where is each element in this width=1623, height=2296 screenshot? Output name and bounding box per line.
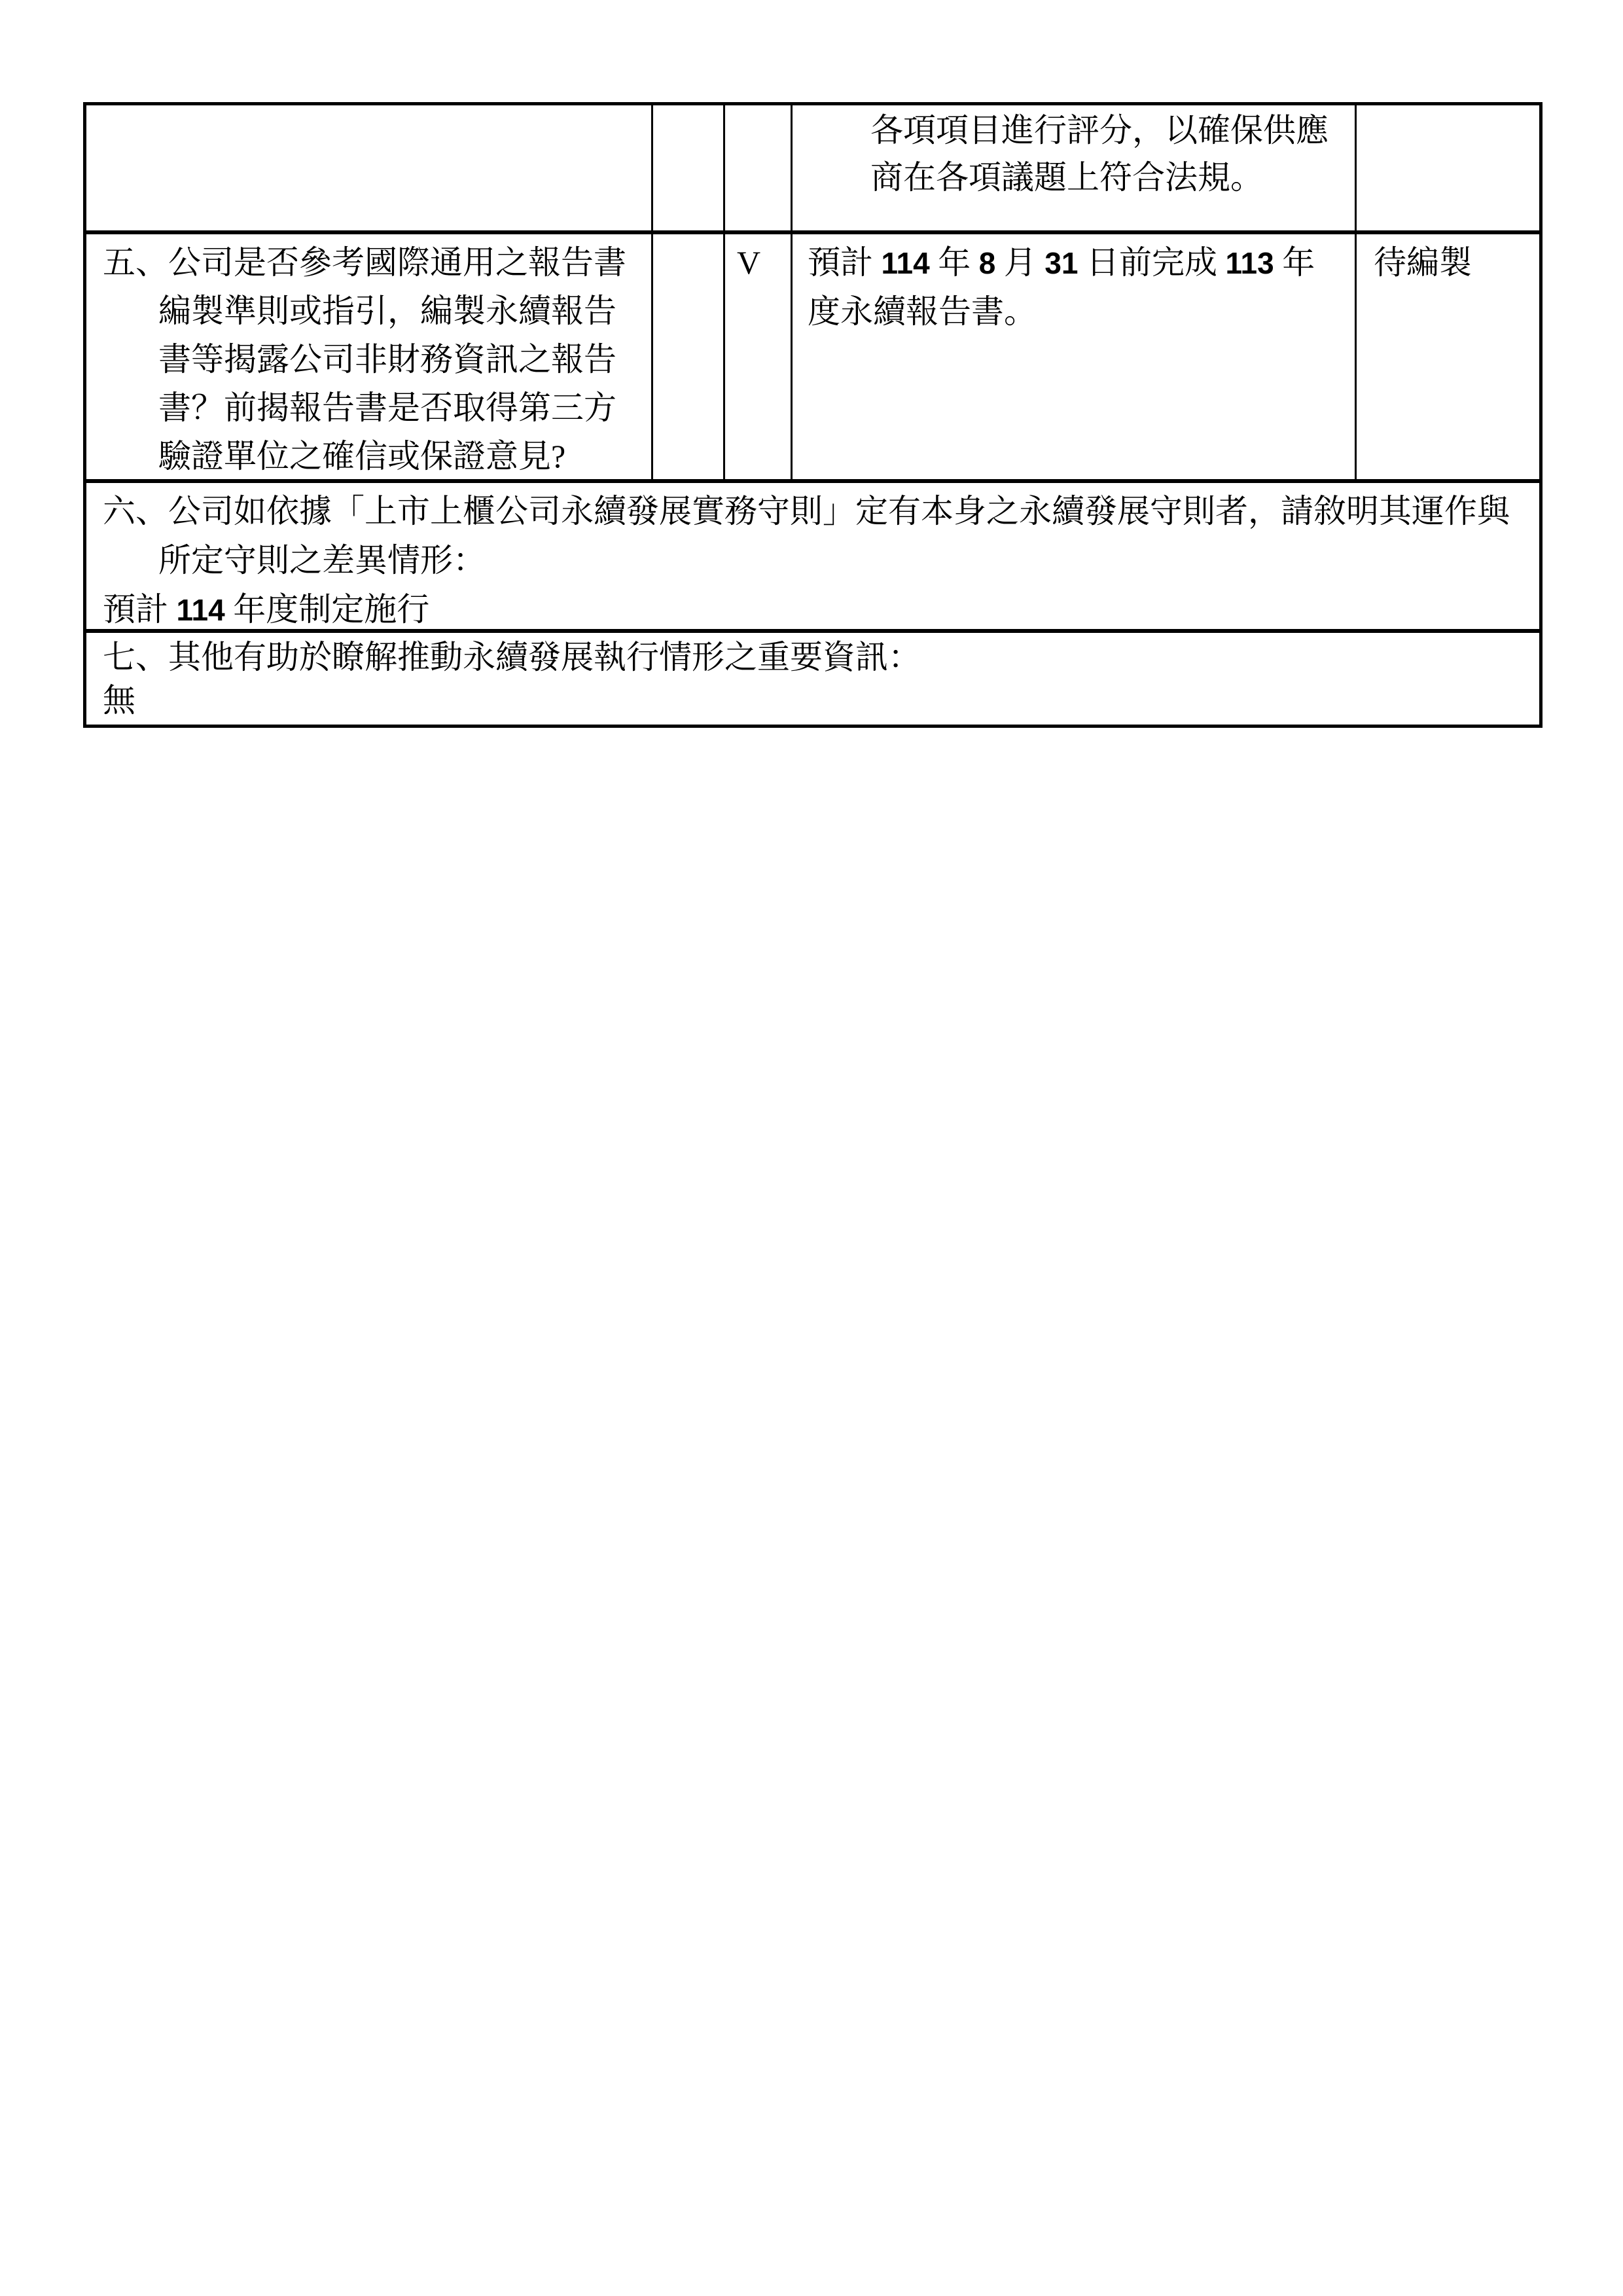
continuation-no-cell <box>725 105 793 234</box>
question-line: 驗證單位之確信或保證意見? <box>158 432 641 480</box>
item5-question-cell: 五、公司是否參考國際通用之報告書 編製準則或指引，編製永續報告 書等揭露公司非財… <box>86 234 653 483</box>
continuation-question-cell <box>86 105 653 234</box>
continuation-answer-cell: 各項項目進行評分，以確保供應 商在各項議題上符合法規。 <box>793 105 1357 234</box>
question-line: 書等揭露公司非財務資訊之報告 <box>158 335 641 384</box>
item5-answer-cell: 預計 114 年 8 月 31 日前完成 113 年 度永續報告書。 <box>793 234 1357 483</box>
answer-line: 預計 114 年 8 月 31 日前完成 113 年 <box>808 238 1344 287</box>
question-line: 七、其他有助於瞭解推動永續發展執行情形之重要資訊： <box>103 636 1527 679</box>
item5-no-cell: V <box>725 234 793 483</box>
continuation-answer-paragraph: 各項項目進行評分，以確保供應 商在各項議題上符合法規。 <box>870 107 1343 201</box>
item6-cell: 六、公司如依據「上市上櫃公司永續發展實務守則」定有本身之永續發展守則者，請敘明其… <box>86 483 1539 633</box>
continuation-remark-cell <box>1357 105 1539 234</box>
document-page: { "document": { "background": "#ffffff",… <box>0 0 1623 2296</box>
question-line: 六、公司如依據「上市上櫃公司永續發展實務守則」定有本身之永續發展守則者，請敘明其… <box>103 487 1527 536</box>
v-check-mark: V <box>737 238 791 287</box>
answer-line: 商在各項議題上符合法規。 <box>870 154 1343 201</box>
item5-remark-cell: 待編製 <box>1357 234 1539 483</box>
answer-line: 各項項目進行評分，以確保供應 <box>870 107 1343 154</box>
item7-cell: 七、其他有助於瞭解推動永續發展執行情形之重要資訊： 無 <box>86 633 1539 725</box>
question-line: 編製準則或指引，編製永續報告 <box>158 287 641 335</box>
question-line: 所定守則之差異情形： <box>158 536 1527 585</box>
answer-line: 度永續報告書。 <box>808 287 1344 336</box>
question-line: 五、公司是否參考國際通用之報告書 <box>103 238 641 287</box>
answer-line: 無 <box>103 679 1527 722</box>
continuation-yes-cell <box>653 105 725 234</box>
question-line: 書？前揭報告書是否取得第三方 <box>158 384 641 432</box>
item5-yes-cell <box>653 234 725 483</box>
answer-line: 預計 114 年度制定施行 <box>103 585 1527 633</box>
remark-text: 待編製 <box>1374 238 1534 287</box>
sustainability-practices-table: 各項項目進行評分，以確保供應 商在各項議題上符合法規。 五、公司是否參考國際通用… <box>83 102 1543 728</box>
